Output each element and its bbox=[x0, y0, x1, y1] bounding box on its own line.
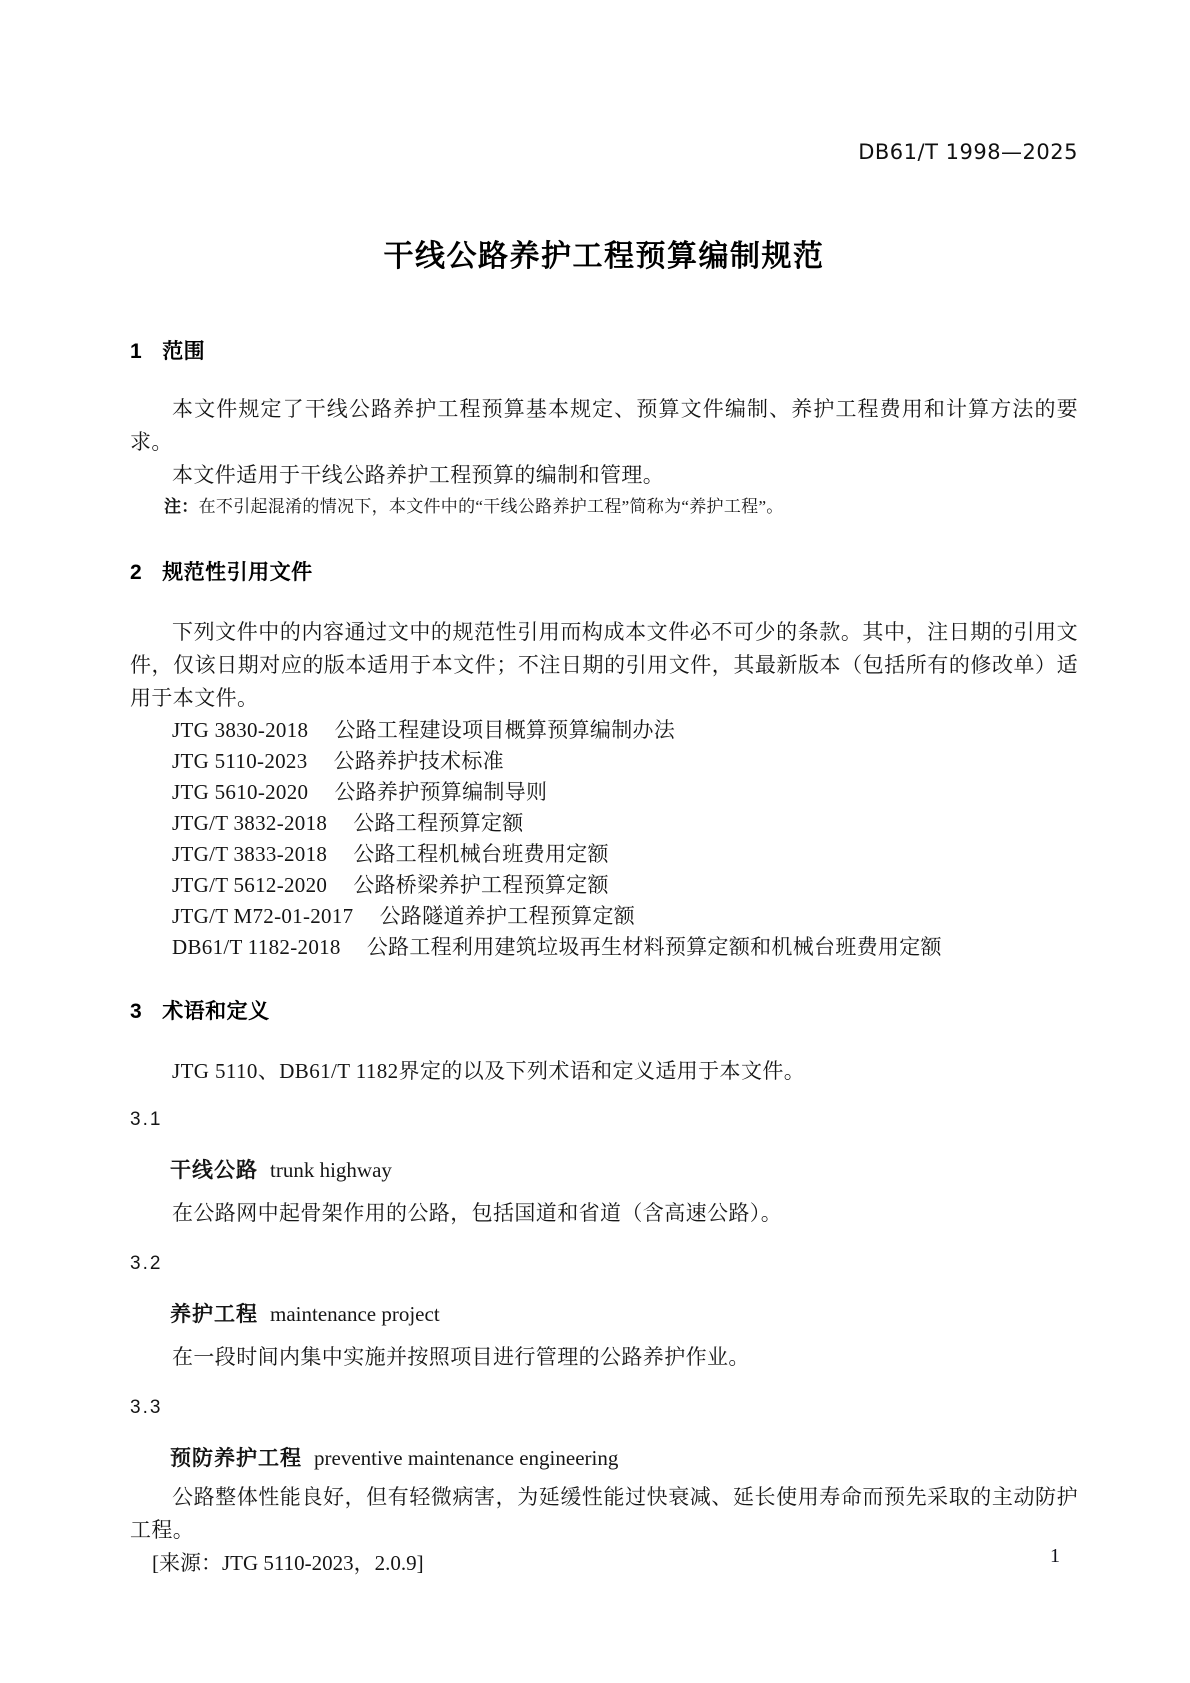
terms-intro: JTG 5110、DB61/T 1182界定的以及下列术语和定义适用于本文件。 bbox=[130, 1055, 1078, 1088]
reference-title: 公路工程机械台班费用定额 bbox=[353, 842, 609, 866]
references-intro: 下列文件中的内容通过文中的规范性引用而构成本文件必不可少的条款。其中，注日期的引… bbox=[130, 616, 1078, 715]
reference-item: JTG 3830-2018公路工程建设项目概算预算编制办法 bbox=[130, 715, 1078, 746]
scope-note: 注：在不引起混淆的情况下，本文件中的“干线公路养护工程”简称为“养护工程”。 bbox=[130, 492, 1078, 522]
section-number: 3 bbox=[130, 1000, 142, 1023]
term-name-en: preventive maintenance engineering bbox=[314, 1446, 618, 1470]
doc-title: 干线公路养护工程预算编制规范 bbox=[130, 235, 1078, 279]
section-title: 范围 bbox=[162, 340, 205, 363]
section-title: 规范性引用文件 bbox=[162, 561, 313, 584]
reference-title: 公路工程利用建筑垃圾再生材料预算定额和机械台班费用定额 bbox=[367, 935, 942, 959]
term-name-en: maintenance project bbox=[270, 1302, 440, 1326]
note-text: 在不引起混淆的情况下，本文件中的“干线公路养护工程”简称为“养护工程”。 bbox=[199, 497, 784, 516]
reference-code: JTG/T 5612-2020 bbox=[172, 873, 327, 897]
reference-item: JTG/T 5612-2020公路桥梁养护工程预算定额 bbox=[130, 870, 1078, 901]
term-source: [来源：JTG 5110-2023，2.0.9] bbox=[130, 1547, 1078, 1580]
term-number: 3.3 bbox=[130, 1396, 1078, 1420]
references-list: JTG 3830-2018公路工程建设项目概算预算编制办法 JTG 5110-2… bbox=[130, 715, 1078, 963]
reference-code: JTG 3830-2018 bbox=[172, 718, 308, 742]
reference-item: DB61/T 1182-2018公路工程利用建筑垃圾再生材料预算定额和机械台班费… bbox=[130, 932, 1078, 963]
reference-code: DB61/T 1182-2018 bbox=[172, 935, 341, 959]
reference-title: 公路养护技术标准 bbox=[334, 749, 504, 773]
section-heading-terms: 3术语和定义 bbox=[130, 997, 1078, 1027]
term-name-zh: 养护工程 bbox=[170, 1303, 258, 1326]
term-number: 3.1 bbox=[130, 1108, 1078, 1132]
section-number: 2 bbox=[130, 561, 142, 584]
reference-code: JTG 5110-2023 bbox=[172, 749, 308, 773]
term-number: 3.2 bbox=[130, 1252, 1078, 1276]
term-name: 干线公路trunk highway bbox=[130, 1156, 1078, 1185]
reference-item: JTG/T 3832-2018公路工程预算定额 bbox=[130, 808, 1078, 839]
reference-code: JTG/T 3833-2018 bbox=[172, 842, 327, 866]
reference-item: JTG/T M72-01-2017公路隧道养护工程预算定额 bbox=[130, 901, 1078, 932]
reference-title: 公路桥梁养护工程预算定额 bbox=[353, 873, 609, 897]
reference-item: JTG 5110-2023公路养护技术标准 bbox=[130, 746, 1078, 777]
term-name: 养护工程maintenance project bbox=[130, 1300, 1078, 1329]
term-definition: 在一段时间内集中实施并按照项目进行管理的公路养护作业。 bbox=[130, 1341, 1078, 1374]
reference-code: JTG/T M72-01-2017 bbox=[172, 904, 353, 928]
reference-item: JTG 5610-2020公路养护预算编制导则 bbox=[130, 777, 1078, 808]
scope-paragraph-1: 本文件规定了干线公路养护工程预算基本规定、预算文件编制、养护工程费用和计算方法的… bbox=[130, 393, 1078, 459]
section-heading-scope: 1范围 bbox=[130, 337, 1078, 367]
page-number: 1 bbox=[1050, 1544, 1060, 1568]
term-name-zh: 预防养护工程 bbox=[170, 1447, 302, 1470]
reference-code: JTG 5610-2020 bbox=[172, 780, 308, 804]
reference-title: 公路工程预算定额 bbox=[353, 811, 523, 835]
reference-title: 公路养护预算编制导则 bbox=[334, 780, 547, 804]
term-name-en: trunk highway bbox=[270, 1158, 392, 1182]
reference-code: JTG/T 3832-2018 bbox=[172, 811, 327, 835]
term-definition: 在公路网中起骨架作用的公路，包括国道和省道（含高速公路）。 bbox=[130, 1197, 1078, 1230]
reference-title: 公路隧道养护工程预算定额 bbox=[379, 904, 635, 928]
term-name: 预防养护工程preventive maintenance engineering bbox=[130, 1444, 1078, 1473]
note-label: 注： bbox=[164, 497, 199, 516]
term-name-zh: 干线公路 bbox=[170, 1159, 258, 1182]
section-title: 术语和定义 bbox=[162, 1000, 270, 1023]
reference-title: 公路工程建设项目概算预算编制办法 bbox=[334, 718, 675, 742]
term-definition: 公路整体性能良好，但有轻微病害，为延缓性能过快衰减、延长使用寿命而预先采取的主动… bbox=[130, 1481, 1078, 1547]
scope-paragraph-2: 本文件适用于干线公路养护工程预算的编制和管理。 bbox=[130, 459, 1078, 492]
doc-number: DB61/T 1998—2025 bbox=[130, 141, 1078, 163]
section-heading-normative-references: 2规范性引用文件 bbox=[130, 558, 1078, 588]
document-page: DB61/T 1998—2025 干线公路养护工程预算编制规范 1范围 本文件规… bbox=[0, 0, 1190, 1683]
reference-item: JTG/T 3833-2018公路工程机械台班费用定额 bbox=[130, 839, 1078, 870]
section-number: 1 bbox=[130, 340, 142, 363]
